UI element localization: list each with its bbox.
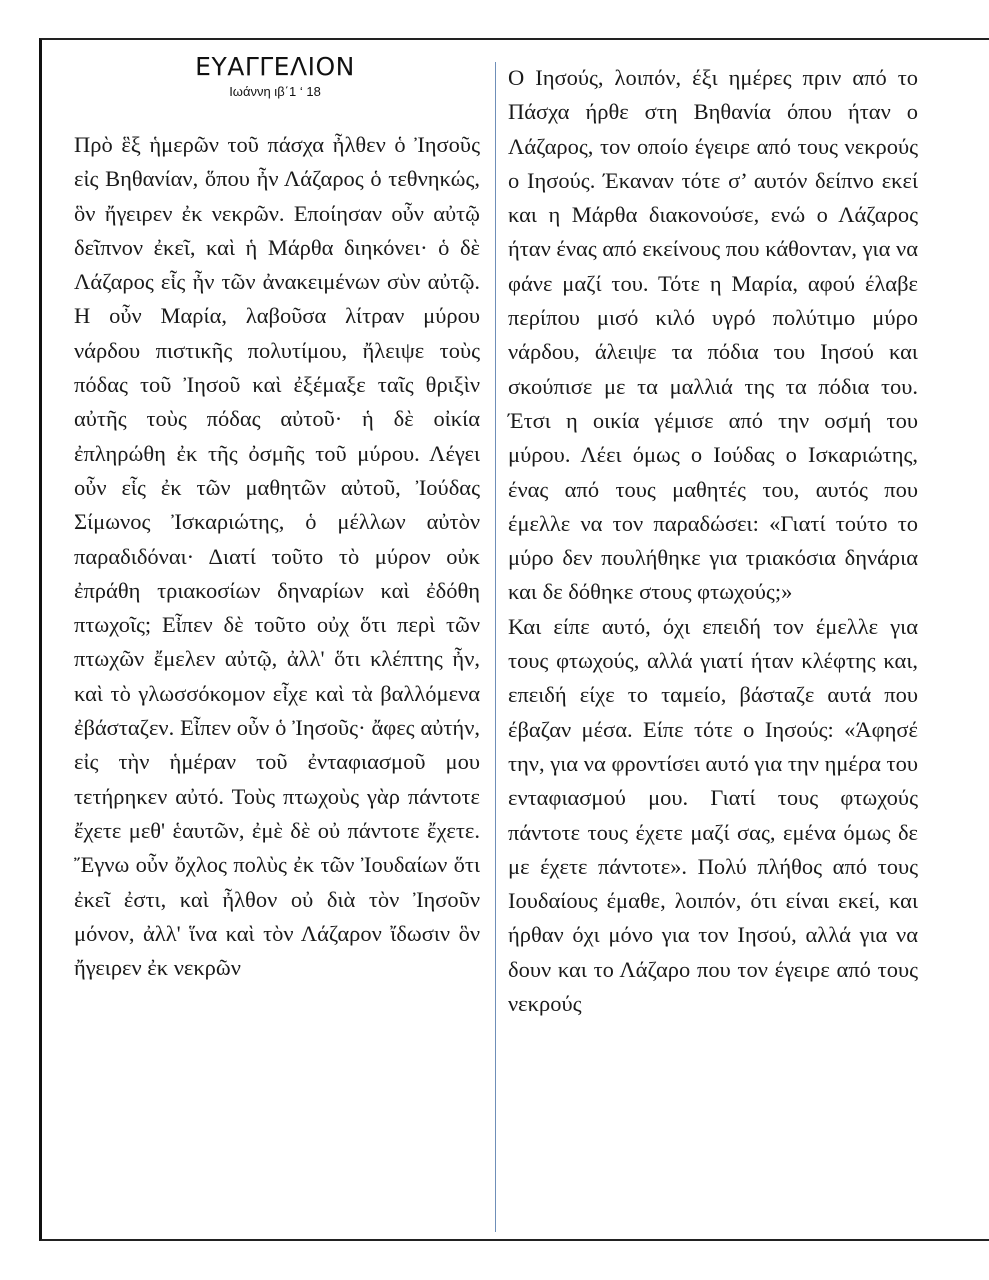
- ancient-text-paragraph: Πρὸ ἓξ ἡμερῶν τοῦ πάσχα ἦλθεν ὁ Ἰησοῦς ε…: [74, 128, 480, 985]
- scripture-reference: Ιωάννη ιβ΄1 ‘ 18: [70, 84, 480, 100]
- header: ΕΥΑΓΓΕΛΙΟΝ Ιωάννη ιβ΄1 ‘ 18: [70, 50, 480, 100]
- modern-greek-column: Ο Ιησούς, λοιπόν, έξι ημέρες πριν από το…: [508, 61, 918, 1021]
- ancient-greek-column: Πρὸ ἓξ ἡμερῶν τοῦ πάσχα ἦλθεν ὁ Ἰησοῦς ε…: [74, 128, 480, 985]
- modern-text-paragraph: Και είπε αυτό, όχι επειδή τον έμελλε για…: [508, 610, 918, 1022]
- modern-text-paragraph: Ο Ιησούς, λοιπόν, έξι ημέρες πριν από το…: [508, 61, 918, 610]
- column-divider: [495, 62, 496, 1232]
- page-title: ΕΥΑΓΓΕΛΙΟΝ: [70, 50, 480, 84]
